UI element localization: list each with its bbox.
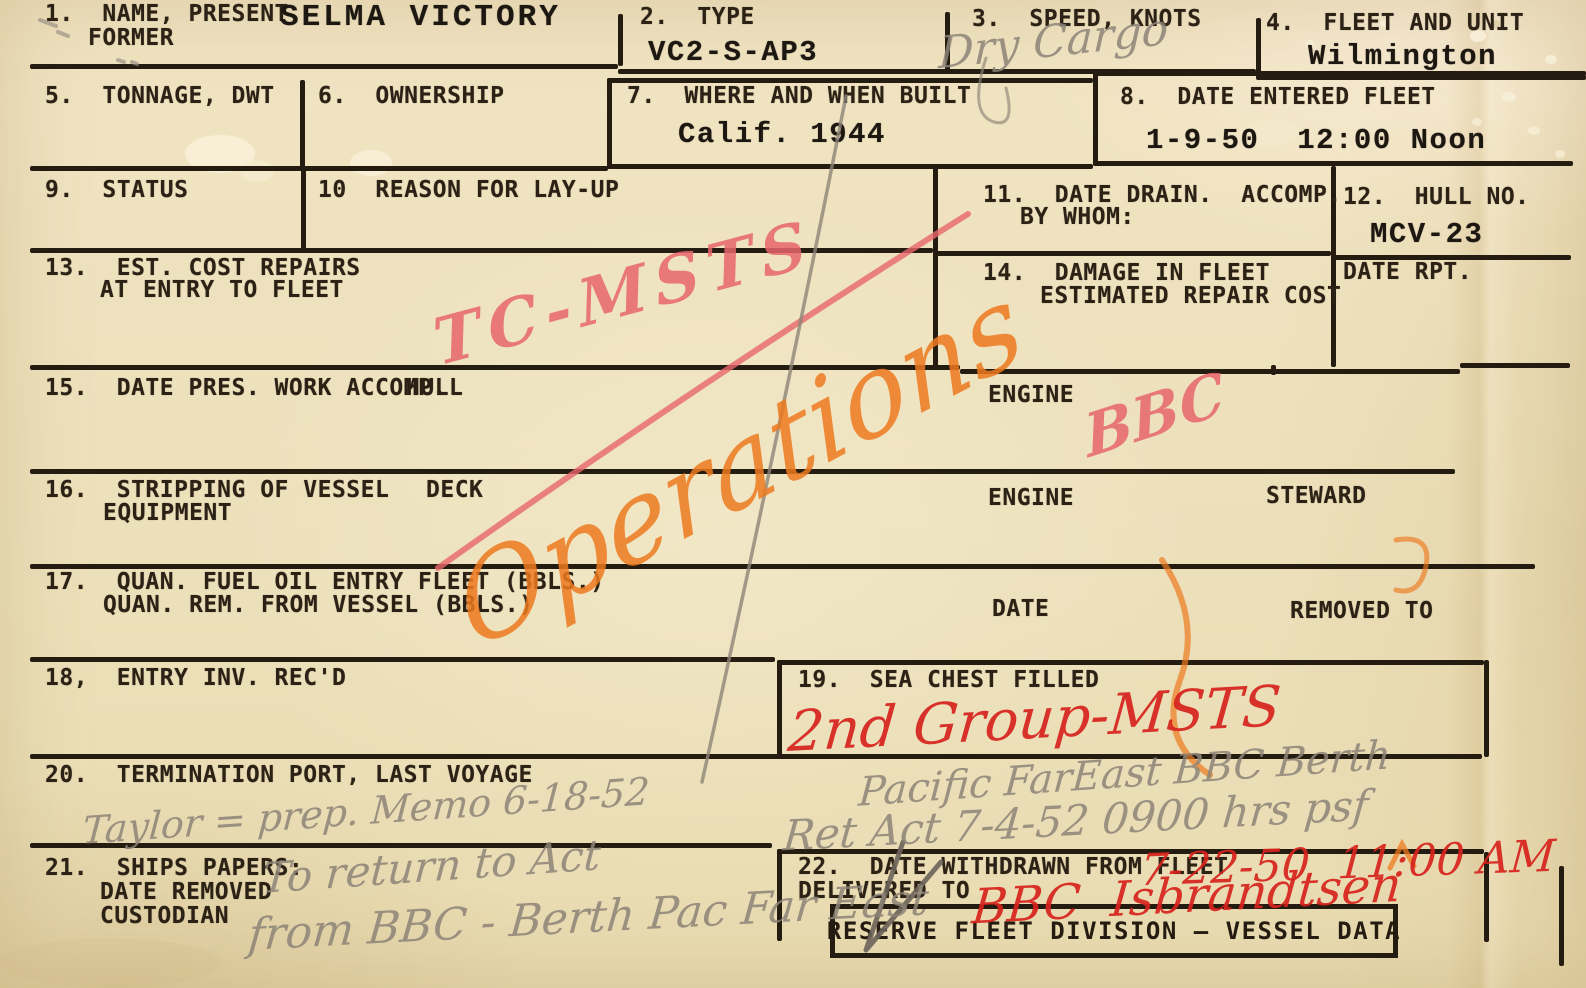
field-12-label: 12. HULL NO. [1343, 186, 1530, 209]
field-15-label: 15. DATE PRES. WORK ACCOMP. [45, 377, 447, 400]
date-rpt-label: DATE RPT. [1343, 261, 1472, 284]
vessel-data-card: 1. NAME, PRESENT FORMER SELMA VICTORY 2.… [0, 0, 1586, 988]
grid-line [933, 251, 1331, 256]
field-21-label3: CUSTODIAN [100, 905, 229, 928]
field-10-label: 10 REASON FOR LAY-UP [318, 179, 619, 202]
field-14-label: 14. DAMAGE IN FLEET [983, 262, 1270, 285]
field-8-value: 1-9-50 12:00 Noon [1146, 124, 1486, 157]
grid-line [777, 660, 782, 756]
grid-line [30, 64, 618, 69]
handwriting-tc-msts: TC-MSTS [430, 211, 819, 376]
paper-speck [1528, 126, 1540, 135]
field-1-label2: FORMER [88, 27, 174, 50]
paper-speck [1545, 55, 1557, 64]
field-14-label2: ESTIMATED REPAIR COST [1040, 285, 1341, 308]
grid-line [30, 166, 608, 171]
field-6-label: 6. OWNERSHIP [318, 85, 505, 108]
field-2-value: VC2-S-AP3 [648, 36, 818, 69]
field-5-label: 5. TONNAGE, DWT [45, 85, 275, 108]
field-7-label: 7. WHERE AND WHEN BUILT [627, 85, 971, 108]
field-17-date-label: DATE [992, 598, 1049, 621]
grid-line [1331, 255, 1336, 367]
field-16-engine-label: ENGINE [988, 487, 1074, 510]
field-9-label: 9. STATUS [45, 179, 188, 202]
field-21-label2: DATE REMOVED [100, 881, 272, 904]
field-1-value: SELMA VICTORY [280, 0, 561, 35]
grid-line [1559, 866, 1564, 966]
field-16-label2: EQUIPMENT [103, 502, 232, 525]
grid-line [1331, 166, 1336, 257]
field-15-hull-label: HULL [406, 377, 463, 400]
field-1-label: 1. NAME, PRESENT [45, 3, 289, 26]
field-12-value: MCV-23 [1370, 218, 1483, 251]
field-2-label: 2. TYPE [640, 6, 755, 29]
grid-line [777, 660, 1484, 665]
handwriting-bbc: BBC [1081, 363, 1227, 466]
paper-speck [1555, 150, 1565, 158]
paper-speck [350, 150, 392, 176]
grid-line [300, 80, 305, 168]
grid-line [301, 168, 306, 250]
field-13-label2: AT ENTRY TO FLEET [100, 279, 344, 302]
field-17-removed-to-label: REMOVED TO [1290, 600, 1433, 623]
field-16-deck-label: DECK [426, 479, 483, 502]
field-8-label: 8. DATE ENTERED FLEET [1120, 86, 1436, 109]
field-18-label: 18, ENTRY INV. REC'D [45, 667, 346, 690]
grid-line [1484, 660, 1489, 757]
field-16-label: 16. STRIPPING OF VESSEL [45, 479, 389, 502]
paper-speck [1502, 92, 1516, 102]
grid-line [933, 164, 938, 253]
field-11-label2: BY WHOM: [1020, 206, 1135, 229]
grid-line [1093, 71, 1098, 166]
grid-line [1256, 18, 1261, 78]
grid-line [1271, 365, 1276, 375]
grid-line [1460, 363, 1570, 368]
paper-speck [0, 938, 220, 988]
field-7-value: Calif. 1944 [678, 118, 886, 151]
field-16-steward-label: STEWARD [1266, 485, 1366, 508]
grid-line [618, 14, 623, 66]
field-4-value: Wilmington [1308, 40, 1497, 73]
grid-line [607, 164, 1093, 169]
field-4-label: 4. FLEET AND UNIT [1266, 12, 1524, 35]
grid-line [607, 78, 612, 168]
grid-line [30, 657, 775, 662]
paper-speck [240, 160, 274, 182]
